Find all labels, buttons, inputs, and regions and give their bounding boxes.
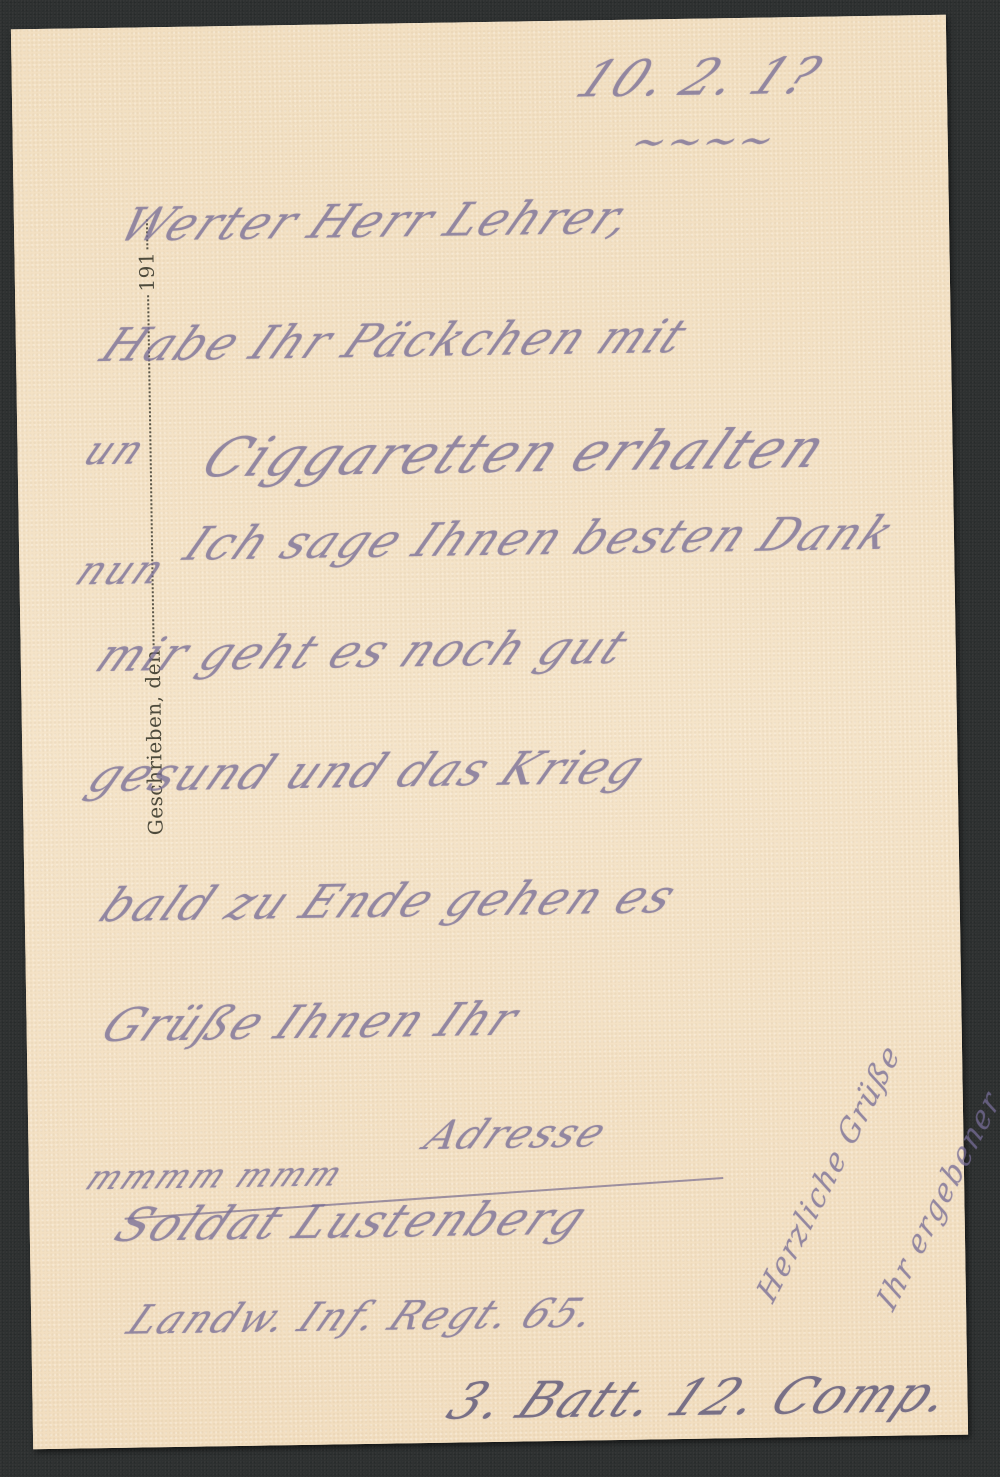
date-flourish: ~~~~	[621, 117, 787, 166]
handwritten-date: 10. 2. 1?	[567, 47, 833, 109]
handwritten-adresse: Adresse	[416, 1110, 616, 1159]
handwritten-line: Ciggaretten erhalten	[191, 416, 839, 489]
signature-line: 3. Batt. 12. Comp.	[438, 1365, 965, 1431]
crossed-out-text: mmmm mmm	[79, 1154, 352, 1198]
printed-date-label: Geschrieben, den191	[134, 219, 168, 836]
handwritten-line: gesund und das Krieg	[79, 739, 657, 802]
handwritten-line: Werter Herr Lehrer,	[110, 189, 645, 251]
printed-year: 191	[134, 252, 159, 292]
postcard: Geschrieben, den191 10. 2. 1? ~~~~ Werte…	[11, 15, 968, 1450]
signature-line: Landw. Inf. Regt. 65.	[119, 1290, 606, 1344]
vertical-margin-note: Ihr ergebener	[871, 1084, 1000, 1318]
handwritten-line: mir geht es noch gut	[87, 620, 639, 683]
handwritten-line: Grüße Ihnen Ihr	[93, 991, 530, 1052]
handwritten-line: Ich sage Ihnen besten Dank	[175, 505, 906, 570]
handwritten-line: Habe Ihr Päckchen mit	[92, 309, 699, 373]
handwritten-line: bald zu Ende gehen es	[91, 869, 688, 932]
signature-line: Soldat Lustenberg	[106, 1190, 599, 1252]
